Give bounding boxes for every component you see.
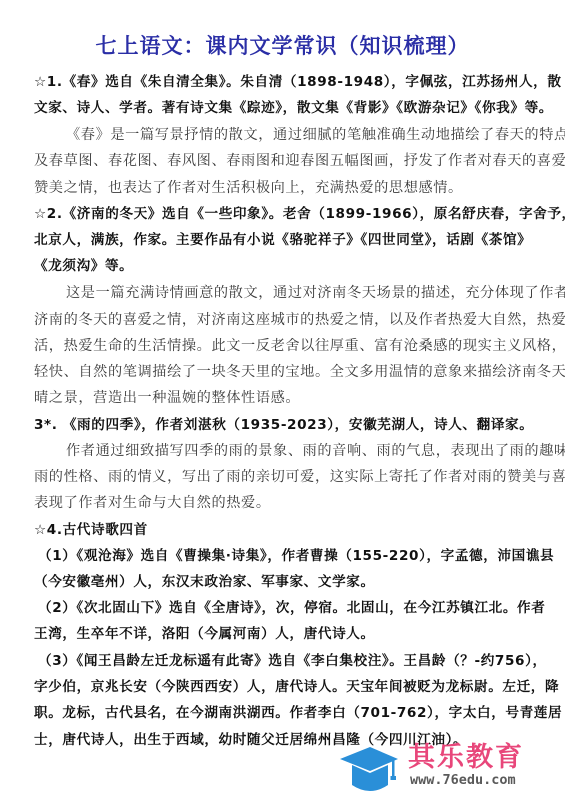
graduation-cap-icon bbox=[338, 741, 398, 797]
section-2-body-line-5: 晴之景，营造出一种温婉的整体性语感。 bbox=[34, 388, 539, 408]
section-1-body-line-1: 《春》是一篇写景抒情的散文，通过细腻的笔触准确生动地描绘了春天的特点以 bbox=[66, 125, 565, 145]
poem-1-line-2: （今安徽亳州）人，东汉末政治家、军事家、文学家。 bbox=[34, 572, 539, 592]
section-2-body-line-4: 轻快、自然的笔调描绘了一块冬天里的宝地。全文多用温情的意象来描绘济南冬天温 bbox=[34, 362, 539, 382]
section-2-body-line-2: 济南的冬天的喜爱之情，对济南这座城市的热爱之情，以及作者热爱大自然，热爱生 bbox=[34, 310, 539, 330]
poem-3-line-2: 字少伯，京兆长安（今陕西西安）人，唐代诗人。天宝年间被贬为龙标尉。左迁，降 bbox=[34, 677, 539, 697]
page-title: 七上语文：课内文学常识（知识梳理） bbox=[0, 30, 565, 60]
poem-1-line-1: （1）《观沧海》选自《曹操集·诗集》，作者曹操（155-220），字孟德，沛国谯… bbox=[38, 546, 543, 566]
watermark-brand: 其乐教育 bbox=[408, 735, 524, 774]
section-3-body-line-1: 作者通过细致描写四季的雨的景象、雨的音响、雨的气息，表现出了雨的趣味、 bbox=[66, 441, 565, 461]
section-2-body-line-1: 这是一篇充满诗情画意的散文，通过对济南冬天场景的描述，充分体现了作者对 bbox=[66, 283, 565, 303]
section-1-body-line-2: 及春草图、春花图、春风图、春雨图和迎春图五幅图画，抒发了作者对春天的喜爱和 bbox=[34, 151, 539, 171]
poem-3-line-1: （3）《闻王昌龄左迁龙标遥有此寄》选自《李白集校注》。王昌龄（？-约756）， bbox=[38, 651, 543, 671]
watermark-url: www.76edu.com bbox=[410, 772, 516, 788]
poem-2-line-1: （2）《次北固山下》选自《全唐诗》，次，停宿。北固山，在今江苏镇江北。作者 bbox=[38, 598, 543, 618]
section-3-body-line-3: 表现了作者对生命与大自然的热爱。 bbox=[34, 493, 539, 513]
poem-2-line-2: 王湾，生卒年不详，洛阳（今属河南）人，唐代诗人。 bbox=[34, 624, 539, 644]
section-2-heading-line-3: 《龙须沟》等。 bbox=[34, 256, 539, 276]
section-2-heading-line-1: ☆2.《济南的冬天》选自《一些印象》。老舍（1899-1966），原名舒庆春，字… bbox=[34, 204, 539, 224]
section-4-heading-line-1: ☆4.古代诗歌四首 bbox=[34, 520, 539, 540]
section-3-body-line-2: 雨的性格、雨的情义，写出了雨的亲切可爱，这实际上寄托了作者对雨的赞美与喜爱， bbox=[34, 467, 539, 487]
poem-3-line-3: 职。龙标，古代县名，在今湖南洪湖西。作者李白（701-762），字太白，号青莲居 bbox=[34, 703, 539, 723]
section-2-body-line-3: 活，热爱生命的生活情操。此文一反老舍以往厚重、富有沧桑感的现实主义风格，以 bbox=[34, 336, 539, 356]
section-3-heading-line-1: 3*. 《雨的四季》，作者刘湛秋（1935-2023），安徽芜湖人，诗人、翻译家… bbox=[34, 415, 539, 435]
watermark: 其乐教育 www.76edu.com bbox=[338, 735, 563, 795]
section-1-heading-line-1: ☆1.《春》选自《朱自清全集》。朱自清（1898-1948），字佩弦，江苏扬州人… bbox=[34, 72, 539, 92]
section-2-heading-line-2: 北京人，满族，作家。主要作品有小说《骆驼祥子》《四世同堂》，话剧《茶馆》 bbox=[34, 230, 539, 250]
section-1-body-line-3: 赞美之情，也表达了作者对生活积极向上，充满热爱的思想感情。 bbox=[34, 178, 539, 198]
section-1-heading-line-2: 文家、诗人、学者。著有诗文集《踪迹》，散文集《背影》《欧游杂记》《你我》等。 bbox=[34, 98, 539, 118]
document-page: 七上语文：课内文学常识（知识梳理） ☆1.《春》选自《朱自清全集》。朱自清（18… bbox=[0, 0, 565, 800]
